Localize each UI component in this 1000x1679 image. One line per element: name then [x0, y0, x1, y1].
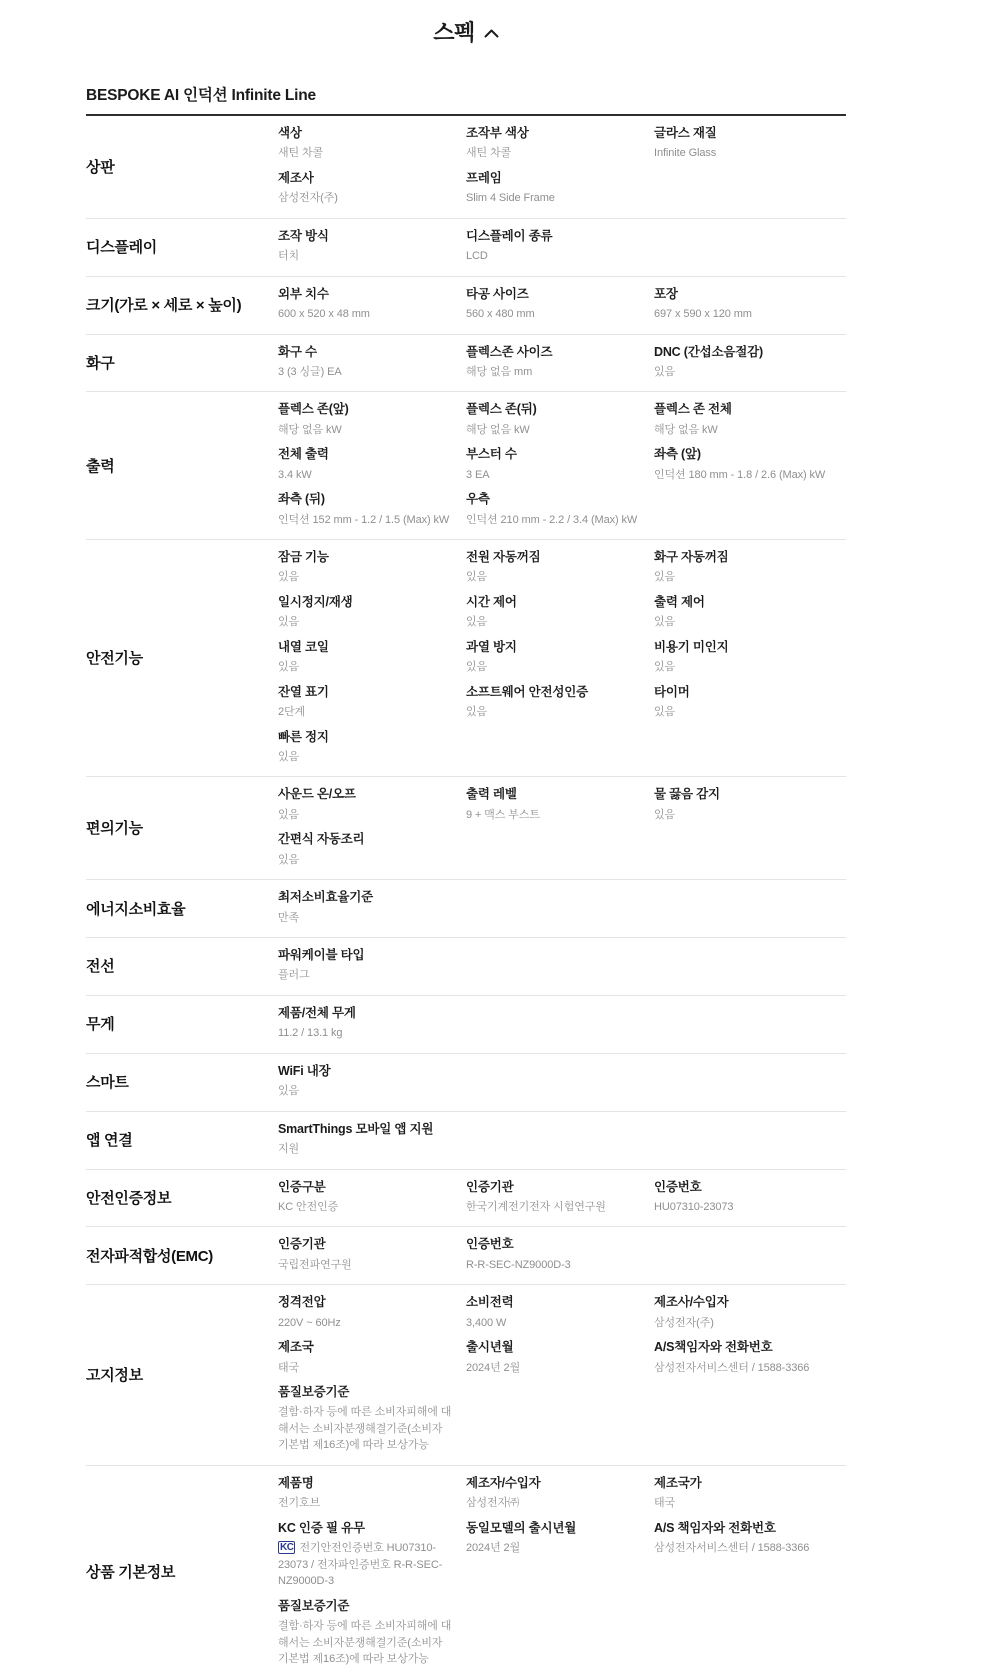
spec-item: 일시정지/재생있음 [278, 595, 466, 631]
spec-item: 우측인덕션 210 mm - 2.2 / 3.4 (Max) kW [466, 492, 654, 528]
spec-accordion-toggle[interactable]: 스펙 [86, 0, 846, 47]
spec-key: 타공 사이즈 [466, 287, 640, 301]
section-label: 스마트 [86, 1071, 278, 1092]
spec-key: WiFi 내장 [278, 1064, 452, 1078]
spec-value: 인덕션 152 mm - 1.2 / 1.5 (Max) kW [278, 512, 452, 529]
spec-key: 잠금 기능 [278, 550, 452, 564]
spec-value: KC 안전인증 [278, 1199, 452, 1216]
spec-item: SmartThings 모바일 앱 지원지원 [278, 1122, 466, 1158]
spec-value: 한국기계전기전자 시험연구원 [466, 1199, 640, 1216]
spec-item: 전체 출력3.4 kW [278, 447, 466, 483]
section-items-grid: 사운드 온/오프있음출력 레벨9 + 맥스 부스트물 끓음 감지있음간편식 자동… [278, 787, 846, 868]
section-label: 전선 [86, 955, 278, 976]
spec-key: A/S 책임자와 전화번호 [654, 1521, 828, 1535]
spec-item: 제조국태국 [278, 1340, 466, 1376]
spec-item: 빠른 정지있음 [278, 730, 466, 766]
spec-value: 해당 없음 kW [466, 422, 640, 439]
spec-key: 출시년월 [466, 1340, 640, 1354]
spec-section-row: 안전인증정보인증구분KC 안전인증인증기관한국기계전기전자 시험연구원인증번호H… [86, 1170, 846, 1228]
spec-item: 최저소비효율기준만족 [278, 890, 466, 926]
spec-content: 스펙 BESPOKE AI 인덕션 Infinite Line 상판색상새틴 차… [86, 0, 846, 1679]
spec-key: 글라스 재질 [654, 126, 828, 140]
spec-section-row: 디스플레이조작 방식터치디스플레이 종류LCD [86, 219, 846, 277]
spec-value: 삼성전자서비스센터 / 1588-3366 [654, 1540, 828, 1557]
spec-value: 220V ~ 60Hz [278, 1315, 452, 1332]
spec-item: 플렉스존 사이즈해당 없음 mm [466, 345, 654, 381]
spec-section-row: 무게제품/전체 무게11.2 / 13.1 kg [86, 996, 846, 1054]
spec-section-row: 편의기능사운드 온/오프있음출력 레벨9 + 맥스 부스트물 끓음 감지있음간편… [86, 777, 846, 880]
section-items-grid: 조작 방식터치디스플레이 종류LCD [278, 229, 846, 265]
spec-section-row: 출력플렉스 존(앞)해당 없음 kW플렉스 존(뒤)해당 없음 kW플렉스 존 … [86, 392, 846, 540]
spec-value: 지원 [278, 1141, 452, 1158]
section-items-grid: 파워케이블 타입플러그 [278, 948, 846, 984]
spec-value: 만족 [278, 910, 452, 927]
spec-value: 2024년 2월 [466, 1540, 640, 1557]
section-label: 안전인증정보 [86, 1187, 278, 1208]
spec-value: 인덕션 210 mm - 2.2 / 3.4 (Max) kW [466, 512, 640, 529]
spec-section-row: 안전기능잠금 기능있음전원 자동꺼짐있음화구 자동꺼짐있음일시정지/재생있음시간… [86, 540, 846, 777]
spec-item: WiFi 내장있음 [278, 1064, 466, 1100]
spec-key: 품질보증기준 [278, 1385, 452, 1399]
spec-value: 있음 [654, 704, 828, 721]
spec-item: 조작 방식터치 [278, 229, 466, 265]
section-items-grid: SmartThings 모바일 앱 지원지원 [278, 1122, 846, 1158]
spec-item: 좌측 (앞)인덕션 180 mm - 1.8 / 2.6 (Max) kW [654, 447, 842, 483]
spec-key: 소프트웨어 안전성인증 [466, 685, 640, 699]
spec-value: 해당 없음 mm [466, 364, 640, 381]
spec-key: 플렉스존 사이즈 [466, 345, 640, 359]
spec-item: 동일모델의 출시년월2024년 2월 [466, 1521, 654, 1557]
spec-key: 플렉스 존(뒤) [466, 402, 640, 416]
spec-key: 좌측 (뒤) [278, 492, 452, 506]
section-items-grid: 최저소비효율기준만족 [278, 890, 846, 926]
spec-key: 제조국 [278, 1340, 452, 1354]
spec-item: 인증구분KC 안전인증 [278, 1180, 466, 1216]
spec-item: 파워케이블 타입플러그 [278, 948, 466, 984]
spec-key: 제조국가 [654, 1476, 828, 1490]
spec-key: 동일모델의 출시년월 [466, 1521, 640, 1535]
spec-key: 정격전압 [278, 1295, 452, 1309]
spec-key: 전원 자동꺼짐 [466, 550, 640, 564]
spec-item: 물 끓음 감지있음 [654, 787, 842, 823]
spec-item: 비용기 미인지있음 [654, 640, 842, 676]
spec-key: 사운드 온/오프 [278, 787, 452, 801]
spec-value: 전기호브 [278, 1495, 452, 1512]
spec-key: A/S책임자와 전화번호 [654, 1340, 828, 1354]
spec-item: 글라스 재질Infinite Glass [654, 126, 842, 162]
spec-value: 삼성전자㈜ [466, 1495, 640, 1512]
spec-key: DNC (간섭소음절감) [654, 345, 828, 359]
spec-item: DNC (간섭소음절감)있음 [654, 345, 842, 381]
spec-section-row: 화구화구 수3 (3 싱글) EA플렉스존 사이즈해당 없음 mmDNC (간섭… [86, 335, 846, 393]
section-items-grid: 인증기관국립전파연구원인증번호R-R-SEC-NZ9000D-3 [278, 1237, 846, 1273]
spec-key: 외부 치수 [278, 287, 452, 301]
spec-table: 상판색상새틴 차콜조작부 색상새틴 차콜글라스 재질Infinite Glass… [86, 116, 846, 1679]
spec-key: 포장 [654, 287, 828, 301]
spec-item: 시간 제어있음 [466, 595, 654, 631]
spec-value: 삼성전자(주) [654, 1315, 828, 1332]
spec-value: R-R-SEC-NZ9000D-3 [466, 1257, 640, 1274]
spec-item: 부스터 수3 EA [466, 447, 654, 483]
spec-item: 내열 코일있음 [278, 640, 466, 676]
spec-key: SmartThings 모바일 앱 지원 [278, 1122, 452, 1136]
spec-item: 과열 방지있음 [466, 640, 654, 676]
spec-item: 좌측 (뒤)인덕션 152 mm - 1.2 / 1.5 (Max) kW [278, 492, 466, 528]
section-label: 안전기능 [86, 647, 278, 668]
spec-value: 있음 [654, 614, 828, 631]
spec-value: 3,400 W [466, 1315, 640, 1332]
spec-item: A/S책임자와 전화번호삼성전자서비스센터 / 1588-3366 [654, 1340, 842, 1376]
spec-item: 제품명전기호브 [278, 1476, 466, 1512]
spec-item: 전원 자동꺼짐있음 [466, 550, 654, 586]
section-label: 디스플레이 [86, 236, 278, 257]
spec-value: 삼성전자(주) [278, 190, 452, 207]
spec-item: 제조국가태국 [654, 1476, 842, 1512]
spec-value: 있음 [466, 659, 640, 676]
spec-item: 화구 자동꺼짐있음 [654, 550, 842, 586]
spec-value: 있음 [278, 614, 452, 631]
spec-key: 인증번호 [654, 1180, 828, 1194]
spec-item: 인증기관한국기계전기전자 시험연구원 [466, 1180, 654, 1216]
spec-value: 국립전파연구원 [278, 1257, 452, 1274]
spec-key: 품질보증기준 [278, 1599, 452, 1613]
spec-key: 디스플레이 종류 [466, 229, 640, 243]
product-line-title: BESPOKE AI 인덕션 Infinite Line [86, 83, 846, 116]
spec-item: 외부 치수600 x 520 x 48 mm [278, 287, 466, 323]
spec-key: 출력 레벨 [466, 787, 640, 801]
spec-key: 소비전력 [466, 1295, 640, 1309]
spec-section-row: 상품 기본정보제품명전기호브제조자/수입자삼성전자㈜제조국가태국KC 인증 필 … [86, 1466, 846, 1679]
spec-value: 있음 [654, 659, 828, 676]
section-label: 전자파적합성(EMC) [86, 1245, 278, 1266]
spec-value: 600 x 520 x 48 mm [278, 306, 452, 323]
spec-section-row: 스마트WiFi 내장있음 [86, 1054, 846, 1112]
spec-key: 제조자/수입자 [466, 1476, 640, 1490]
spec-key: 제품명 [278, 1476, 452, 1490]
spec-value: Slim 4 Side Frame [466, 190, 640, 207]
spec-item: 인증번호HU07310-23073 [654, 1180, 842, 1216]
spec-key: 프레임 [466, 171, 640, 185]
spec-item: 출시년월2024년 2월 [466, 1340, 654, 1376]
section-items-grid: 제품/전체 무게11.2 / 13.1 kg [278, 1006, 846, 1042]
spec-value: 태국 [654, 1495, 828, 1512]
section-items-grid: 외부 치수600 x 520 x 48 mm타공 사이즈560 x 480 mm… [278, 287, 846, 323]
spec-value: 3 EA [466, 467, 640, 484]
spec-key: 색상 [278, 126, 452, 140]
spec-value: 있음 [466, 704, 640, 721]
spec-page: 스펙 BESPOKE AI 인덕션 Infinite Line 상판색상새틴 차… [0, 0, 1000, 1679]
spec-section-row: 크기(가로 × 세로 × 높이)외부 치수600 x 520 x 48 mm타공… [86, 277, 846, 335]
spec-item: 제품/전체 무게11.2 / 13.1 kg [278, 1006, 466, 1042]
kc-certification-mark-icon: KC [278, 1541, 295, 1554]
spec-section-row: 상판색상새틴 차콜조작부 색상새틴 차콜글라스 재질Infinite Glass… [86, 116, 846, 219]
spec-item: 포장697 x 590 x 120 mm [654, 287, 842, 323]
spec-value: LCD [466, 248, 640, 265]
spec-value: 있음 [278, 807, 452, 824]
spec-item: 간편식 자동조리있음 [278, 832, 466, 868]
spec-value: 새틴 차콜 [466, 145, 640, 162]
spec-value: 있음 [278, 749, 452, 766]
spec-value: 있음 [278, 659, 452, 676]
spec-value: 2024년 2월 [466, 1360, 640, 1377]
section-items-grid: 화구 수3 (3 싱글) EA플렉스존 사이즈해당 없음 mmDNC (간섭소음… [278, 345, 846, 381]
spec-key: 인증기관 [278, 1237, 452, 1251]
spec-title-text: 스펙 [433, 20, 475, 45]
spec-item: 제조자/수입자삼성전자㈜ [466, 1476, 654, 1512]
spec-item: 정격전압220V ~ 60Hz [278, 1295, 466, 1331]
spec-key: 우측 [466, 492, 640, 506]
spec-key: 부스터 수 [466, 447, 640, 461]
section-label: 편의기능 [86, 817, 278, 838]
spec-value: 있음 [278, 1083, 452, 1100]
section-items-grid: WiFi 내장있음 [278, 1064, 846, 1100]
section-label: 상판 [86, 156, 278, 177]
spec-value: 있음 [654, 807, 828, 824]
spec-section-row: 에너지소비효율최저소비효율기준만족 [86, 880, 846, 938]
spec-key: 플렉스 존 전체 [654, 402, 828, 416]
spec-value: 새틴 차콜 [278, 145, 452, 162]
spec-value: 있음 [466, 569, 640, 586]
spec-item: 품질보증기준결함·하자 등에 따른 소비자피해에 대해서는 소비자분쟁해결기준(… [278, 1385, 466, 1454]
spec-value: 9 + 맥스 부스트 [466, 807, 640, 824]
spec-section-row: 앱 연결SmartThings 모바일 앱 지원지원 [86, 1112, 846, 1170]
spec-key: 인증구분 [278, 1180, 452, 1194]
spec-section-row: 고지정보정격전압220V ~ 60Hz소비전력3,400 W제조사/수입자삼성전… [86, 1285, 846, 1466]
spec-item: A/S 책임자와 전화번호삼성전자서비스센터 / 1588-3366 [654, 1521, 842, 1557]
spec-key: 비용기 미인지 [654, 640, 828, 654]
spec-value: 3.4 kW [278, 467, 452, 484]
spec-item: 조작부 색상새틴 차콜 [466, 126, 654, 162]
section-items-grid: 제품명전기호브제조자/수입자삼성전자㈜제조국가태국KC 인증 필 유무KC전기안… [278, 1476, 846, 1668]
spec-value: 결함·하자 등에 따른 소비자피해에 대해서는 소비자분쟁해결기준(소비자기본법… [278, 1618, 452, 1668]
section-items-grid: 인증구분KC 안전인증인증기관한국기계전기전자 시험연구원인증번호HU07310… [278, 1180, 846, 1216]
spec-key: 화구 자동꺼짐 [654, 550, 828, 564]
spec-value: 11.2 / 13.1 kg [278, 1025, 452, 1042]
spec-value: 있음 [466, 614, 640, 631]
spec-value: 있음 [654, 364, 828, 381]
spec-key: 일시정지/재생 [278, 595, 452, 609]
spec-value: 결함·하자 등에 따른 소비자피해에 대해서는 소비자분쟁해결기준(소비자기본법… [278, 1404, 452, 1454]
spec-item: 화구 수3 (3 싱글) EA [278, 345, 466, 381]
spec-section-row: 전자파적합성(EMC)인증기관국립전파연구원인증번호R-R-SEC-NZ9000… [86, 1227, 846, 1285]
spec-item: KC 인증 필 유무KC전기안전인증번호 HU07310-23073 / 전자파… [278, 1521, 466, 1590]
spec-item: 타공 사이즈560 x 480 mm [466, 287, 654, 323]
chevron-up-icon [484, 18, 499, 44]
spec-key: 시간 제어 [466, 595, 640, 609]
spec-key: 출력 제어 [654, 595, 828, 609]
section-label: 무게 [86, 1013, 278, 1034]
spec-item: 제조사삼성전자(주) [278, 171, 466, 207]
spec-key: 파워케이블 타입 [278, 948, 452, 962]
spec-item: 품질보증기준결함·하자 등에 따른 소비자피해에 대해서는 소비자분쟁해결기준(… [278, 1599, 466, 1668]
section-label: 화구 [86, 352, 278, 373]
spec-key: 내열 코일 [278, 640, 452, 654]
spec-item: 사운드 온/오프있음 [278, 787, 466, 823]
spec-item: 프레임Slim 4 Side Frame [466, 171, 654, 207]
spec-item: 플렉스 존(뒤)해당 없음 kW [466, 402, 654, 438]
spec-key: 물 끓음 감지 [654, 787, 828, 801]
spec-key: 과열 방지 [466, 640, 640, 654]
section-label: 상품 기본정보 [86, 1561, 278, 1582]
spec-item: 잠금 기능있음 [278, 550, 466, 586]
spec-key: 조작부 색상 [466, 126, 640, 140]
spec-section-row: 전선파워케이블 타입플러그 [86, 938, 846, 996]
spec-item: 소비전력3,400 W [466, 1295, 654, 1331]
section-label: 고지정보 [86, 1364, 278, 1385]
spec-item: 출력 레벨9 + 맥스 부스트 [466, 787, 654, 823]
spec-key: 최저소비효율기준 [278, 890, 452, 904]
spec-key: 제조사 [278, 171, 452, 185]
spec-key: 제조사/수입자 [654, 1295, 828, 1309]
spec-key: 전체 출력 [278, 447, 452, 461]
spec-value: 태국 [278, 1360, 452, 1377]
spec-key: KC 인증 필 유무 [278, 1521, 452, 1535]
spec-key: 인증기관 [466, 1180, 640, 1194]
spec-value: 있음 [654, 569, 828, 586]
spec-key: 제품/전체 무게 [278, 1006, 452, 1020]
section-items-grid: 색상새틴 차콜조작부 색상새틴 차콜글라스 재질Infinite Glass제조… [278, 126, 846, 207]
section-label: 크기(가로 × 세로 × 높이) [86, 294, 278, 315]
section-items-grid: 잠금 기능있음전원 자동꺼짐있음화구 자동꺼짐있음일시정지/재생있음시간 제어있… [278, 550, 846, 765]
spec-value: 2단계 [278, 704, 452, 721]
spec-key: 화구 수 [278, 345, 452, 359]
spec-value: 터치 [278, 248, 452, 265]
spec-item: 색상새틴 차콜 [278, 126, 466, 162]
spec-item: 플렉스 존 전체해당 없음 kW [654, 402, 842, 438]
spec-value: Infinite Glass [654, 145, 828, 162]
spec-key: 플렉스 존(앞) [278, 402, 452, 416]
spec-key: 빠른 정지 [278, 730, 452, 744]
spec-key: 간편식 자동조리 [278, 832, 452, 846]
spec-value: 삼성전자서비스센터 / 1588-3366 [654, 1360, 828, 1377]
spec-item: 플렉스 존(앞)해당 없음 kW [278, 402, 466, 438]
spec-item: 타이머있음 [654, 685, 842, 721]
spec-value: 인덕션 180 mm - 1.8 / 2.6 (Max) kW [654, 467, 828, 484]
spec-item: 디스플레이 종류LCD [466, 229, 654, 265]
section-items-grid: 플렉스 존(앞)해당 없음 kW플렉스 존(뒤)해당 없음 kW플렉스 존 전체… [278, 402, 846, 528]
section-label: 앱 연결 [86, 1129, 278, 1150]
spec-value: 560 x 480 mm [466, 306, 640, 323]
spec-item: 출력 제어있음 [654, 595, 842, 631]
spec-item: 잔열 표기2단계 [278, 685, 466, 721]
spec-value: 3 (3 싱글) EA [278, 364, 452, 381]
spec-value: 플러그 [278, 967, 452, 984]
section-label: 출력 [86, 455, 278, 476]
section-label: 에너지소비효율 [86, 898, 278, 919]
spec-key: 조작 방식 [278, 229, 452, 243]
spec-key: 타이머 [654, 685, 828, 699]
spec-value: KC전기안전인증번호 HU07310-23073 / 전자파인증번호 R-R-S… [278, 1540, 452, 1590]
spec-key: 인증번호 [466, 1237, 640, 1251]
spec-value: 있음 [278, 569, 452, 586]
spec-key: 좌측 (앞) [654, 447, 828, 461]
spec-value: 해당 없음 kW [654, 422, 828, 439]
spec-value: 해당 없음 kW [278, 422, 452, 439]
spec-value: 697 x 590 x 120 mm [654, 306, 828, 323]
spec-item: 인증기관국립전파연구원 [278, 1237, 466, 1273]
spec-value: 있음 [278, 852, 452, 869]
spec-item: 인증번호R-R-SEC-NZ9000D-3 [466, 1237, 654, 1273]
spec-value: HU07310-23073 [654, 1199, 828, 1216]
spec-item: 제조사/수입자삼성전자(주) [654, 1295, 842, 1331]
section-items-grid: 정격전압220V ~ 60Hz소비전력3,400 W제조사/수입자삼성전자(주)… [278, 1295, 846, 1454]
spec-key: 잔열 표기 [278, 685, 452, 699]
spec-item: 소프트웨어 안전성인증있음 [466, 685, 654, 721]
